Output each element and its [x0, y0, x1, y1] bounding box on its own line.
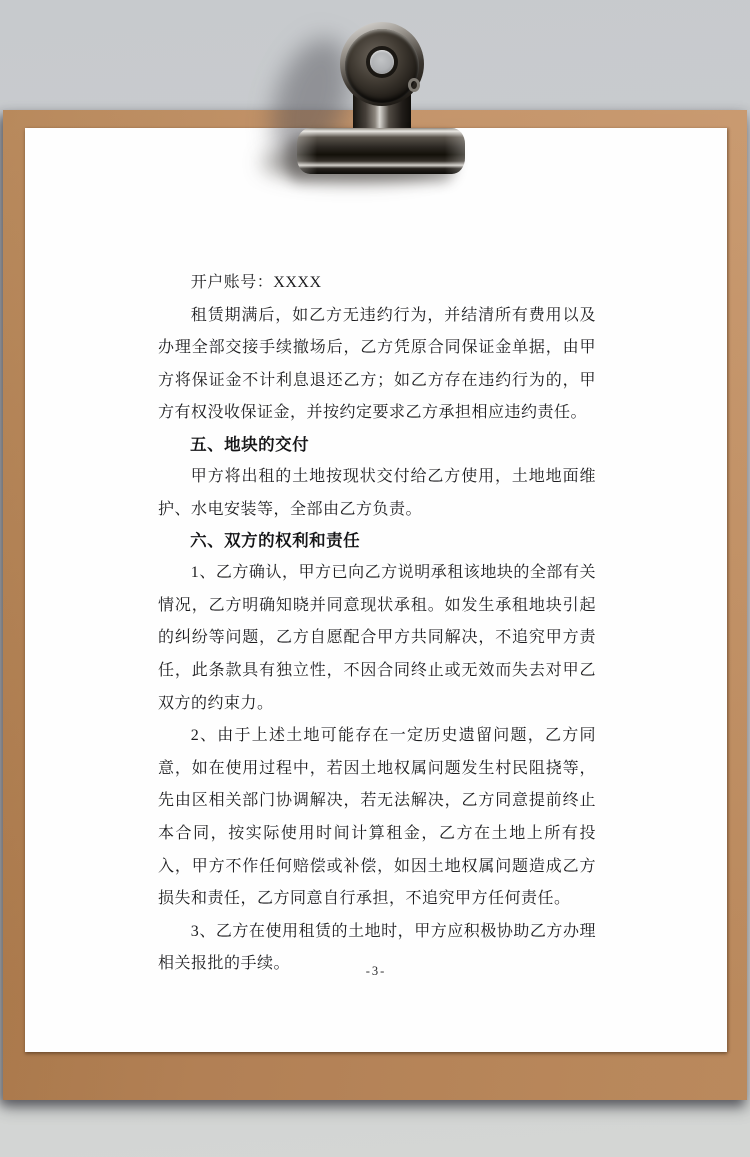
- clip-knob-hole: [370, 50, 394, 74]
- scene-background: 开户账号：XXXX 租赁期满后，如乙方无违约行为，并结清所有费用以及办理全部交接…: [0, 0, 750, 1157]
- clip-wire-loop: [408, 78, 420, 92]
- section-heading-6: 六、双方的权利和责任: [158, 526, 596, 557]
- paragraph-account-number: 开户账号：XXXX: [158, 267, 596, 300]
- paragraph-clause-2: 2、由于上述土地可能存在一定历史遗留问题，乙方同意，如在使用过程中，若因土地权属…: [158, 720, 596, 916]
- paragraph-land-delivery: 甲方将出租的土地按现状交付给乙方使用，土地地面维护、水电安装等，全部由乙方负责。: [158, 461, 596, 526]
- paragraph-deposit-return: 租赁期满后，如乙方无违约行为，并结清所有费用以及办理全部交接手续撤场后，乙方凭原…: [158, 300, 596, 430]
- binder-clip: [270, 6, 490, 186]
- page-number: -3-: [25, 964, 727, 979]
- section-heading-5: 五、地块的交付: [158, 430, 596, 461]
- document-content: 开户账号：XXXX 租赁期满后，如乙方无违约行为，并结清所有费用以及办理全部交接…: [158, 267, 596, 981]
- clip-bar: [297, 128, 465, 174]
- paragraph-clause-1: 1、乙方确认，甲方已向乙方说明承租该地块的全部有关情况，乙方明确知晓并同意现状承…: [158, 557, 596, 720]
- contract-paper: 开户账号：XXXX 租赁期满后，如乙方无违约行为，并结清所有费用以及办理全部交接…: [25, 128, 727, 1052]
